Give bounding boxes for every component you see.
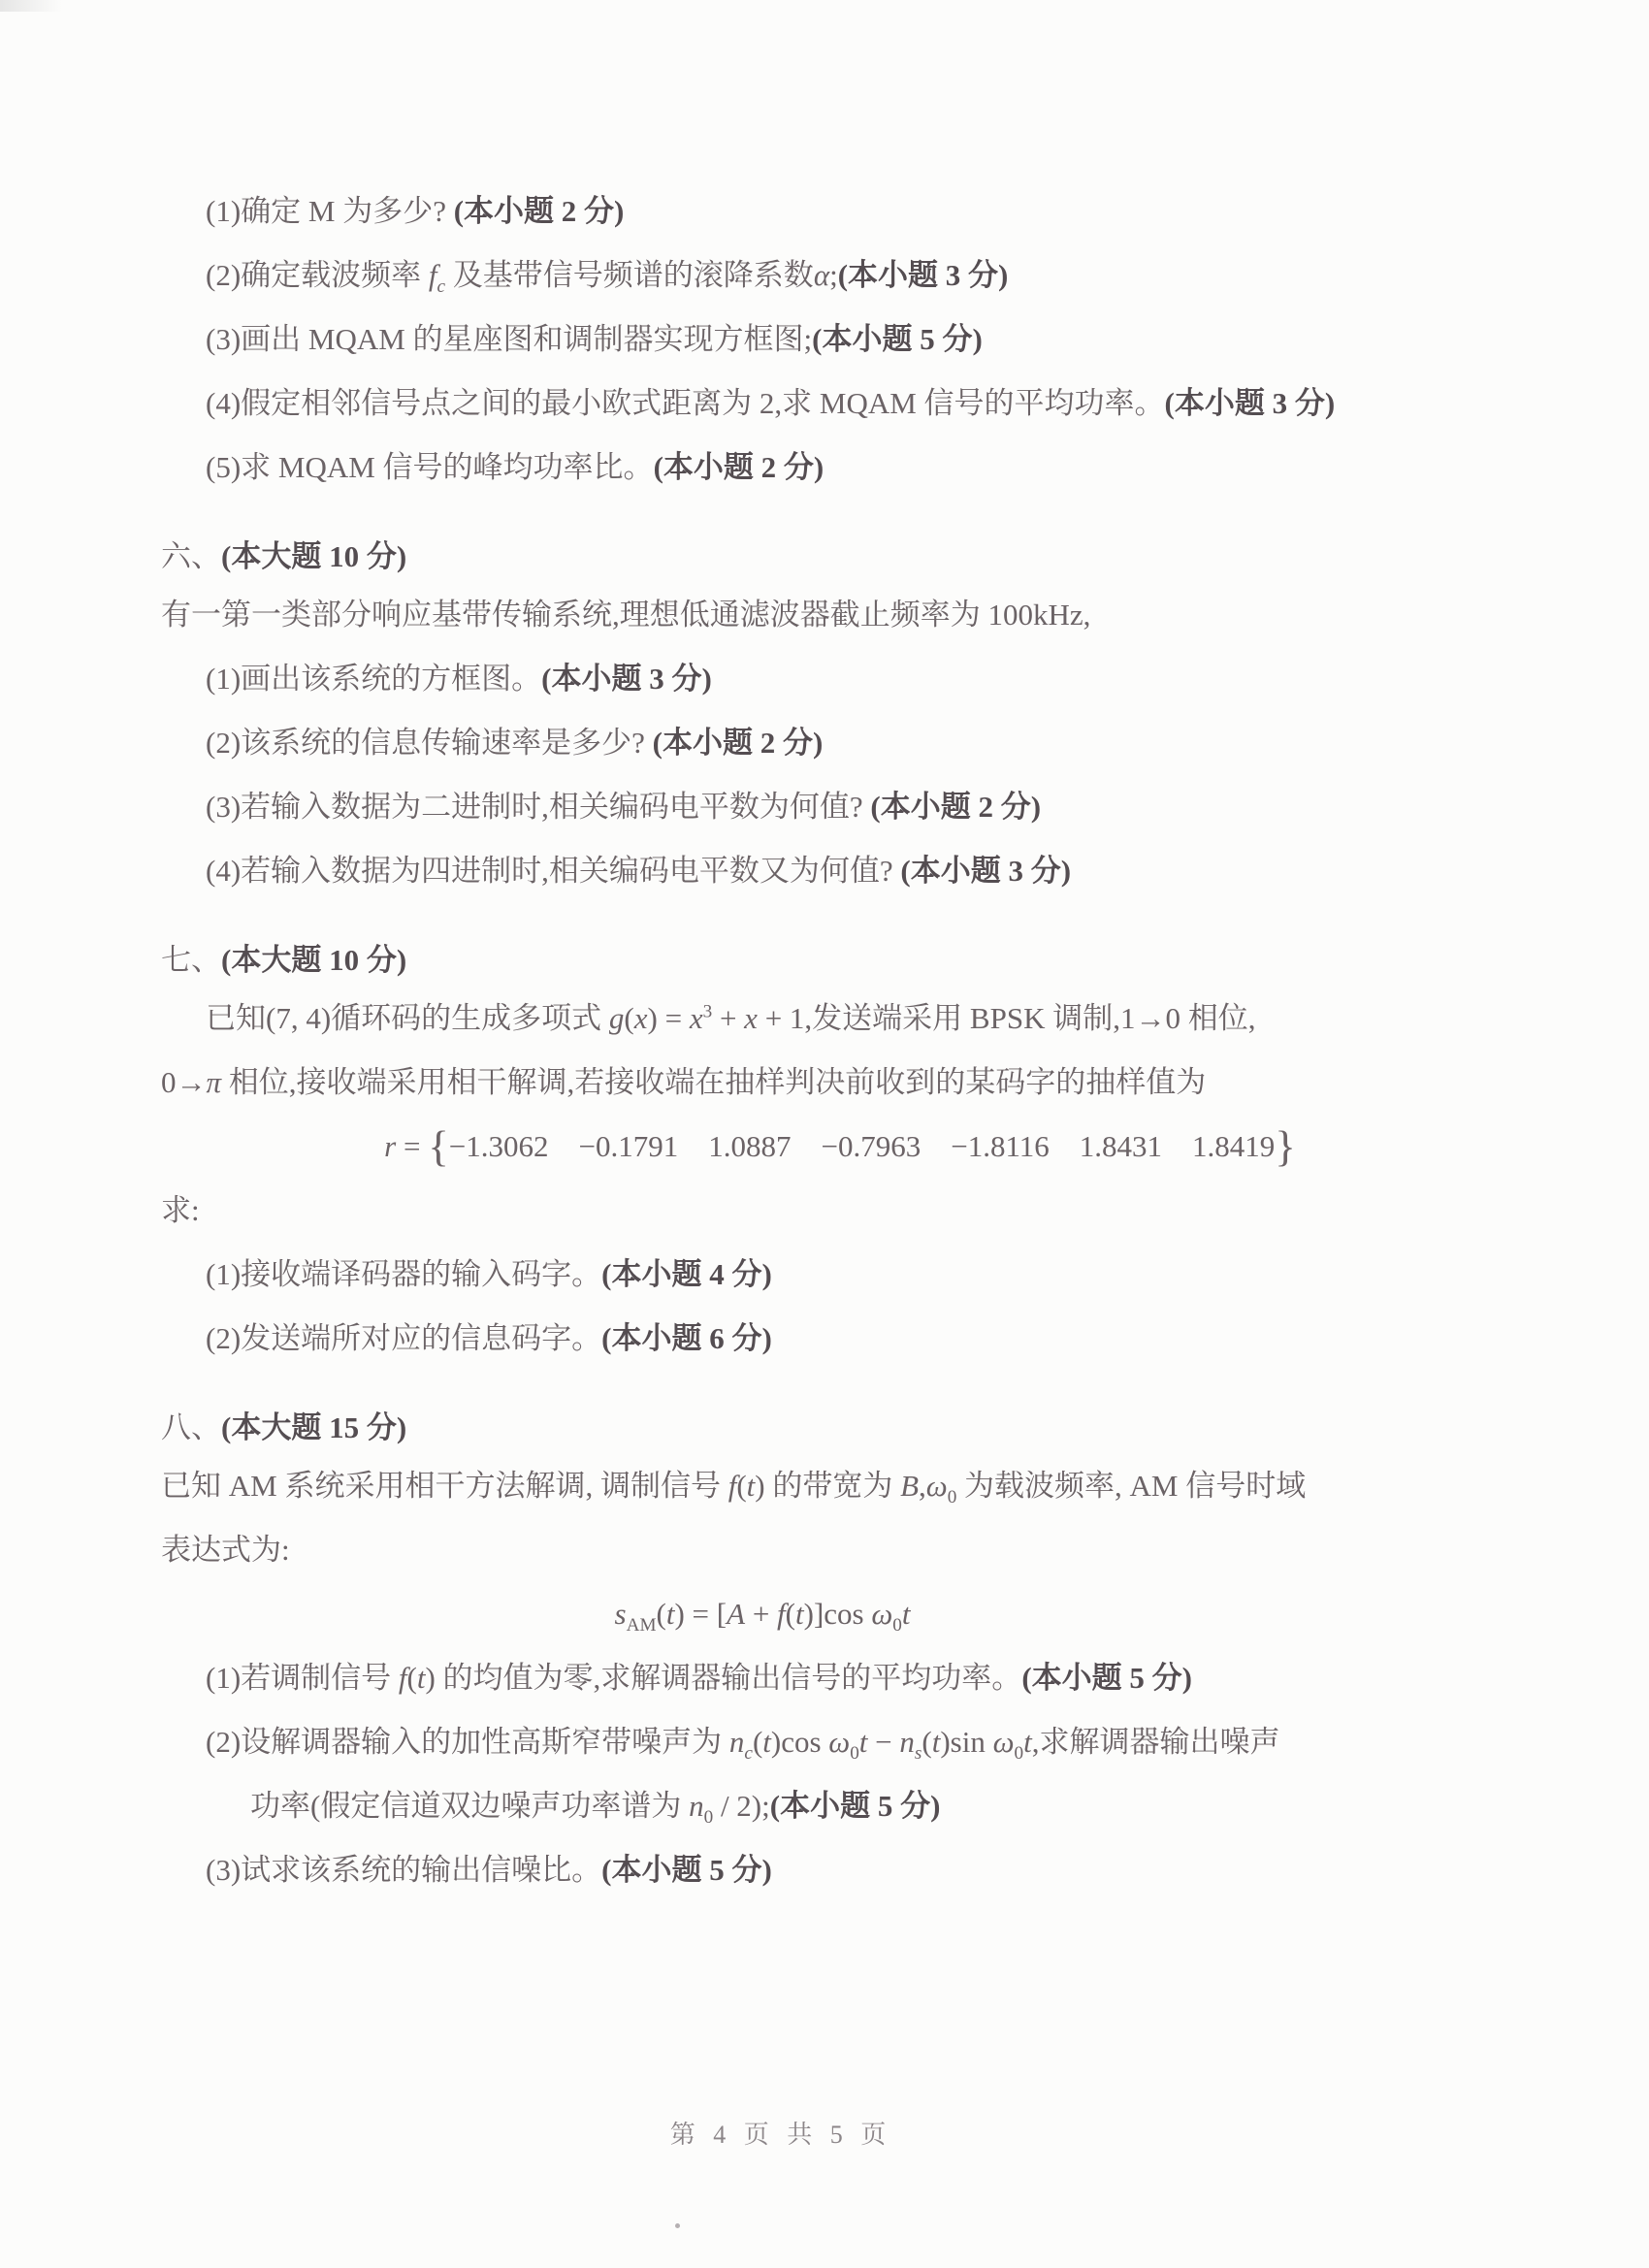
section8-heading: 八、(本大题 15 分) <box>161 1407 1519 1449</box>
section6-item-1: (1)画出该系统的方框图。(本小题 3 分) <box>161 658 1519 700</box>
section6-item-3: (3)若输入数据为二进制时,相关编码电平数为何值? (本小题 2 分) <box>161 786 1519 828</box>
section8-item-3: (3)试求该系统的输出信噪比。(本小题 5 分) <box>161 1849 1519 1892</box>
section8-item-1: (1)若调制信号 f(t) 的均值为零,求解调器输出信号的平均功率。(本小题 5… <box>161 1657 1519 1700</box>
section6-heading: 六、(本大题 10 分) <box>161 535 1519 578</box>
section7-heading: 七、(本大题 10 分) <box>161 939 1519 982</box>
section7-item-1: (1)接收端译码器的输入码字。(本小题 4 分) <box>161 1253 1519 1296</box>
section7-item-2: (2)发送端所对应的信息码字。(本小题 6 分) <box>161 1317 1519 1360</box>
exam-page: (1)确定 M 为多少? (本小题 2 分)(2)确定载波频率 fc 及基带信号… <box>0 0 1649 2268</box>
section8-formula-sam: sAM(t) = [A + f(t)]cos ω0t <box>83 1593 1441 1636</box>
section8-intro-line1: 已知 AM 系统采用相干方法解调, 调制信号 f(t) 的带宽为 B,ω0 为载… <box>161 1465 1519 1507</box>
scan-artifact <box>0 0 62 12</box>
section6-intro: 有一第一类部分响应基带传输系统,理想低通滤波器截止频率为 100kHz, <box>161 594 1519 636</box>
section7-intro-line1: 已知(7, 4)循环码的生成多项式 g(x) = x3 + x + 1,发送端采… <box>161 997 1519 1040</box>
section7-prompt: 求: <box>161 1189 1519 1232</box>
question5-item-4: (4)假定相邻信号点之间的最小欧式距离为 2,求 MQAM 信号的平均功率。(本… <box>161 382 1519 425</box>
question5-item-2: (2)确定载波频率 fc 及基带信号频谱的滚降系数α;(本小题 3 分) <box>161 254 1519 297</box>
section6-item-4: (4)若输入数据为四进制时,相关编码电平数又为何值? (本小题 3 分) <box>161 850 1519 892</box>
document-content: (1)确定 M 为多少? (本小题 2 分)(2)确定载波频率 fc 及基带信号… <box>161 190 1519 1913</box>
scan-speck <box>675 2223 680 2228</box>
question5-item-3: (3)画出 MQAM 的星座图和调制器实现方框图;(本小题 5 分) <box>161 318 1519 361</box>
question5-item-5: (5)求 MQAM 信号的峰均功率比。(本小题 2 分) <box>161 446 1519 489</box>
section8-intro-line2: 表达式为: <box>161 1529 1519 1571</box>
section8-item-2-cont: 功率(假定信道双边噪声功率谱为 n0 / 2);(本小题 5 分) <box>161 1785 1519 1828</box>
page-number: 第 4 页 共 5 页 <box>0 2115 1605 2151</box>
question5-item-1: (1)确定 M 为多少? (本小题 2 分) <box>161 190 1519 233</box>
section8-item-2: (2)设解调器输入的加性高斯窄带噪声为 nc(t)cos ω0t − ns(t)… <box>161 1721 1519 1764</box>
section6-item-2: (2)该系统的信息传输速率是多少? (本小题 2 分) <box>161 722 1519 764</box>
section7-intro-line2: 0→π 相位,接收端采用相干解调,若接收端在抽样判决前收到的某码字的抽样值为 <box>161 1061 1519 1104</box>
section7-formula-r: r = {−1.3062 −0.1791 1.0887 −0.7963 −1.8… <box>161 1125 1519 1168</box>
